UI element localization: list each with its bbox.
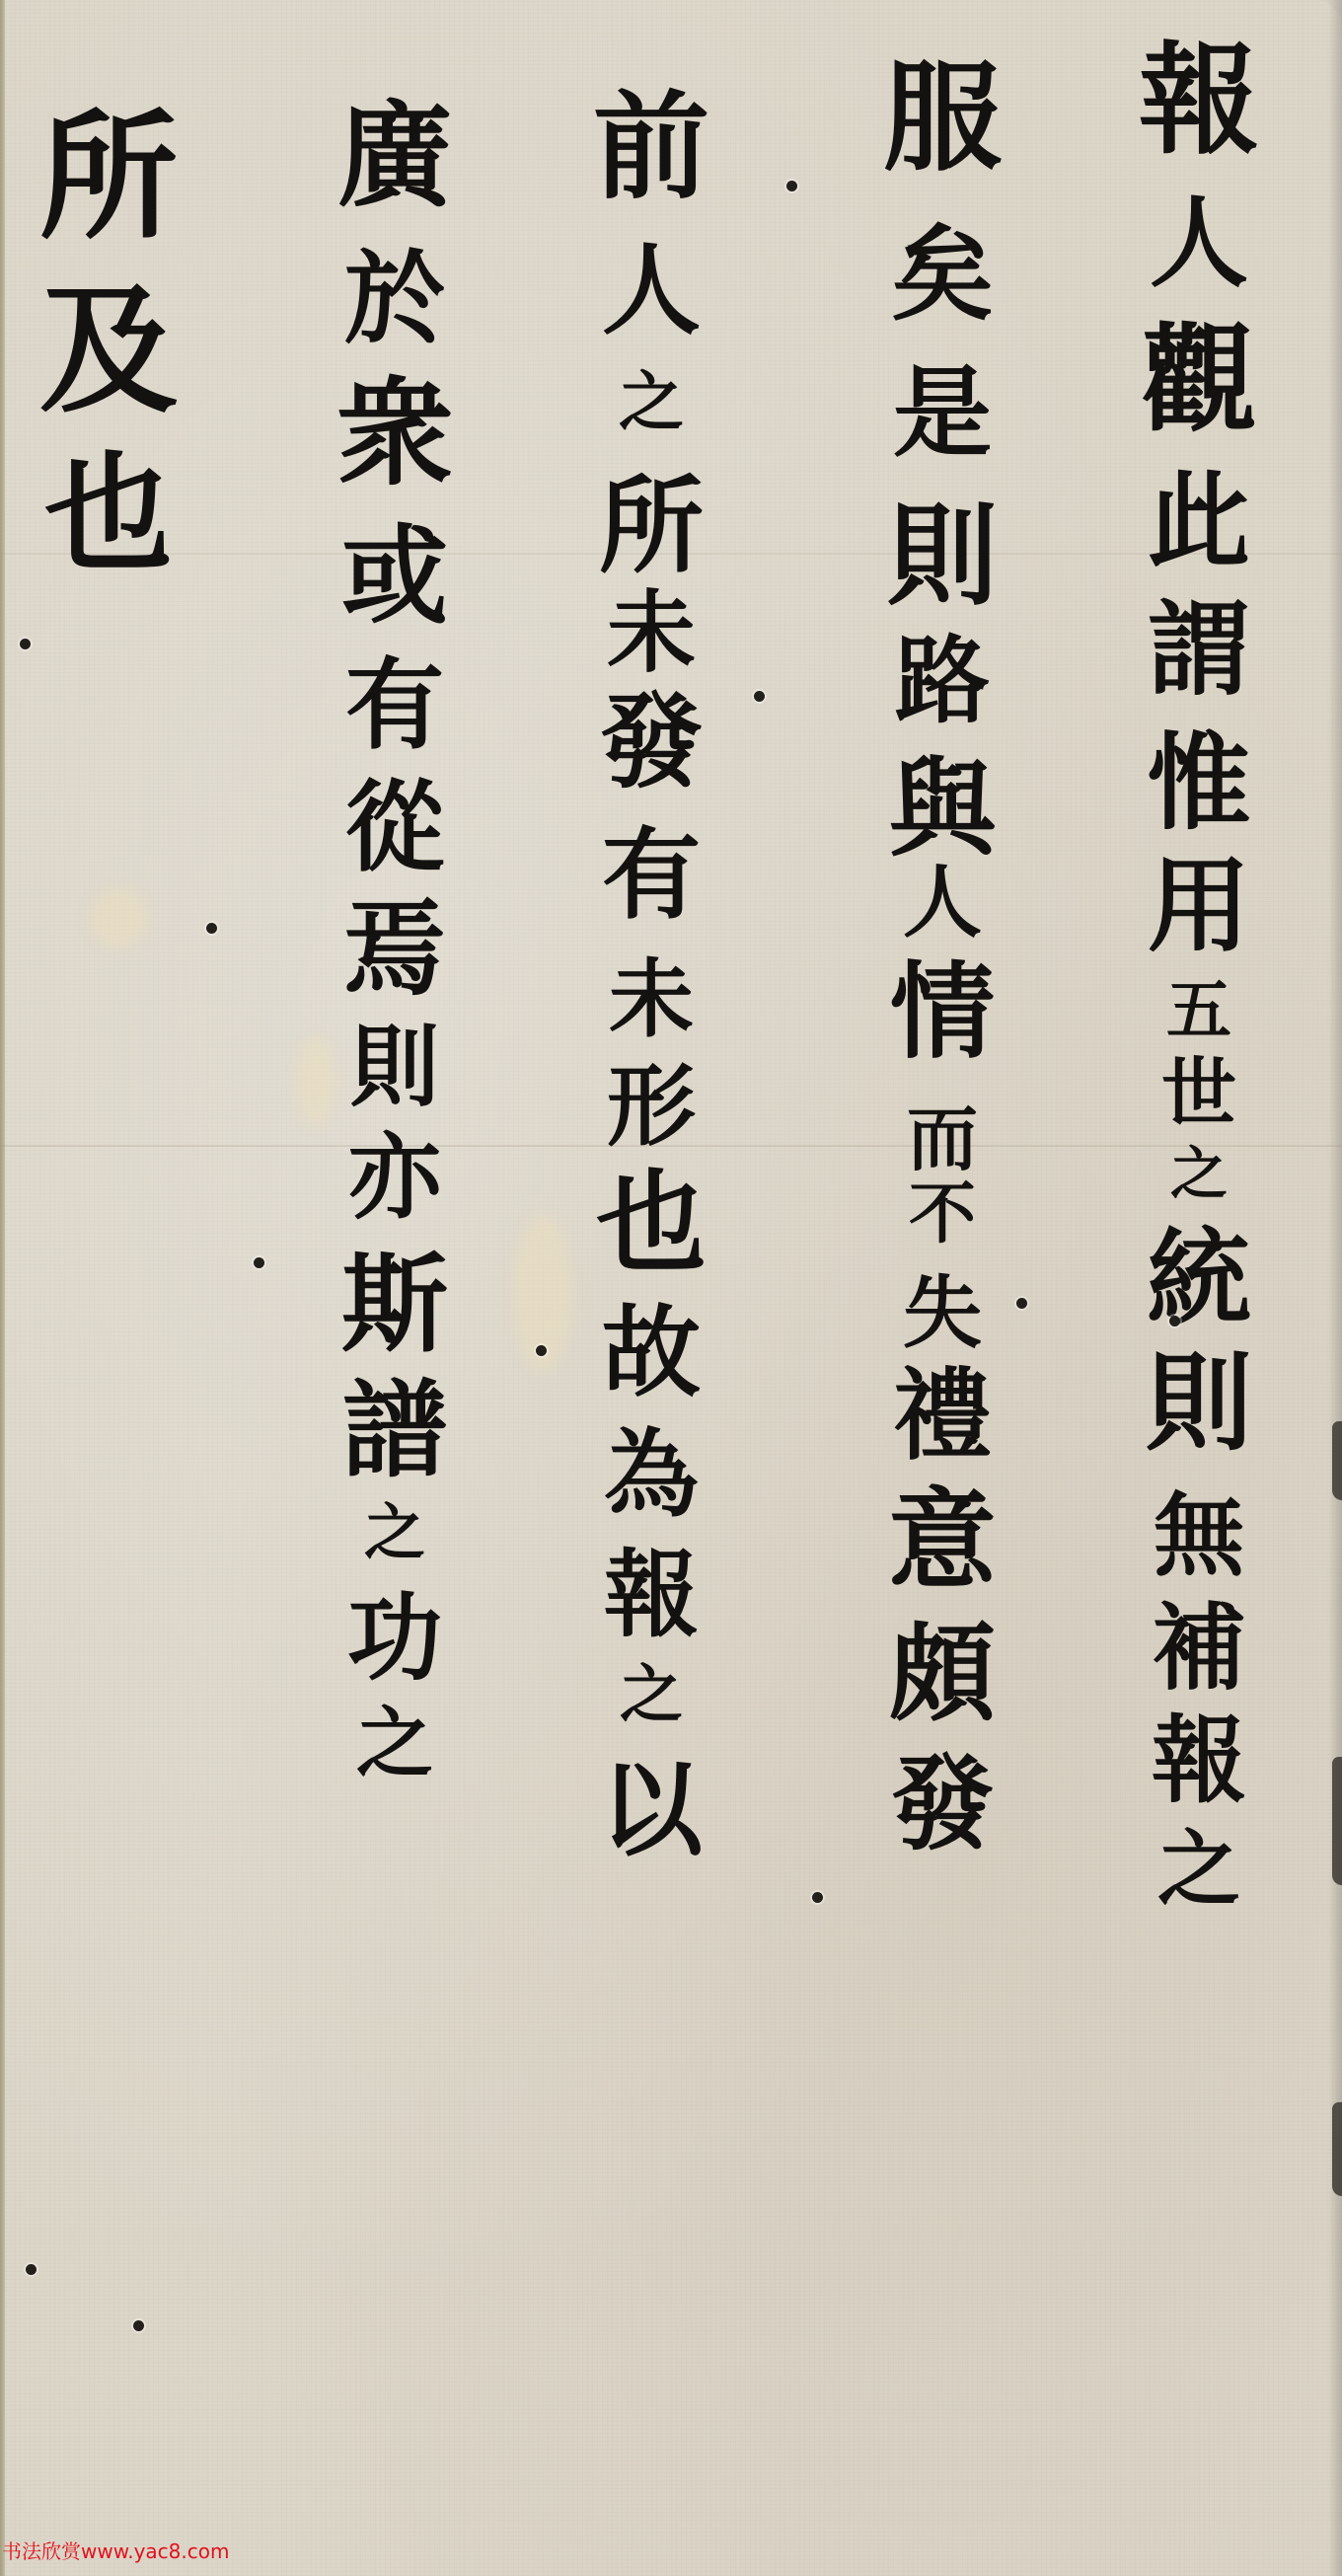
glyph: 觀 — [1141, 322, 1257, 438]
glyph: 人 — [1150, 193, 1248, 292]
calligraphy-column-5: 所 及 也 — [10, 109, 207, 578]
ink-dot — [206, 923, 217, 934]
glyph: 路 — [895, 634, 990, 728]
glyph: 之 — [364, 1502, 425, 1563]
glyph: 廣 — [337, 99, 452, 213]
glyph: 或 — [341, 523, 448, 630]
glyph: 用 — [1148, 855, 1250, 957]
glyph: 人 — [602, 241, 701, 340]
torn-edge — [1332, 2102, 1342, 2196]
calligraphy-column-3: 前 人 之 所 未 發 有 未 形 也 故 為 報 之 以 — [553, 89, 750, 1861]
glyph: 於 — [344, 249, 445, 349]
ink-dot — [786, 181, 797, 191]
glyph: 發 — [891, 1753, 994, 1856]
glyph: 也 — [596, 1169, 707, 1279]
glyph: 則 — [350, 1023, 439, 1111]
glyph: 頗 — [889, 1621, 996, 1727]
glyph: 統 — [1147, 1226, 1251, 1330]
glyph: 無 — [1154, 1490, 1244, 1581]
glyph: 功 — [347, 1591, 442, 1686]
torn-edge — [1332, 1421, 1342, 1500]
glyph: 譜 — [342, 1378, 447, 1482]
ink-dot — [26, 2264, 37, 2275]
calligraphy-column-2: 服 矣 是 則 路 與 人 情 而 不 失 禮 意 頗 發 — [849, 59, 1036, 1856]
glyph: 補 — [1152, 1601, 1246, 1696]
glyph: 矣 — [891, 223, 994, 326]
glyph: 焉 — [343, 898, 446, 1001]
ink-dot — [812, 1892, 823, 1903]
glyph: 之 — [620, 1664, 683, 1727]
glyph: 謂 — [1148, 598, 1250, 701]
ink-dot — [1016, 1298, 1027, 1309]
calligraphy-column-1: 報 人 觀 此 謂 惟 用 五 世 之 統 則 無 補 報 之 — [1115, 39, 1283, 1911]
ink-dot — [536, 1345, 547, 1356]
glyph: 及 — [39, 282, 178, 420]
glyph: 則 — [1146, 1350, 1252, 1457]
ink-dot — [754, 691, 765, 702]
glyph: 世 — [1161, 1056, 1236, 1131]
glyph: 之 — [356, 1705, 433, 1782]
glyph: 不 — [909, 1180, 976, 1248]
glyph: 是 — [893, 363, 992, 462]
ink-dot — [1169, 1316, 1180, 1326]
ink-dot — [254, 1257, 264, 1268]
glyph: 故 — [602, 1303, 701, 1402]
glyph: 前 — [593, 89, 709, 205]
glyph: 五 — [1166, 977, 1231, 1042]
site-watermark: 书法欣赏www.yac8.com — [2, 2536, 229, 2564]
paper-stain — [89, 888, 148, 947]
glyph: 形 — [607, 1062, 696, 1151]
glyph: 禮 — [893, 1366, 992, 1465]
glyph: 則 — [887, 501, 998, 612]
glyph: 人 — [903, 863, 982, 942]
glyph: 而 — [907, 1103, 978, 1174]
glyph: 之 — [619, 369, 684, 434]
glyph: 衆 — [336, 375, 453, 492]
calligraphy-column-4: 廣 於 衆 或 有 從 焉 則 亦 斯 譜 之 功 之 — [296, 99, 493, 1782]
torn-edge — [1332, 1757, 1342, 1885]
glyph: 為 — [604, 1427, 699, 1522]
glyph: 有 — [345, 655, 444, 754]
ink-dot — [133, 2320, 144, 2331]
glyph: 與 — [889, 756, 996, 863]
ink-dot — [20, 639, 31, 649]
glyph: 從 — [345, 778, 444, 876]
glyph: 發 — [600, 691, 703, 794]
glyph: 未 — [609, 957, 694, 1042]
glyph: 之 — [1170, 1145, 1228, 1202]
glyph: 情 — [890, 959, 995, 1064]
glyph: 報 — [604, 1548, 699, 1642]
glyph: 所 — [599, 474, 704, 578]
glyph: 惟 — [1147, 730, 1251, 835]
glyph: 此 — [1148, 470, 1250, 572]
glyph: 亦 — [348, 1131, 441, 1224]
glyph: 未 — [607, 588, 696, 677]
glyph: 斯 — [341, 1251, 448, 1358]
glyph: 報 — [1139, 39, 1259, 160]
glyph: 服 — [883, 59, 1002, 178]
glyph: 意 — [888, 1486, 997, 1595]
glyph: 以 — [600, 1759, 703, 1861]
glyph: 所 — [39, 109, 178, 247]
glyph: 之 — [1157, 1828, 1240, 1911]
glyph: 報 — [1152, 1713, 1246, 1808]
glyph: 有 — [602, 825, 701, 924]
mount-strip — [0, 0, 5, 2576]
glyph: 失 — [903, 1273, 982, 1352]
glyph: 也 — [44, 450, 173, 578]
